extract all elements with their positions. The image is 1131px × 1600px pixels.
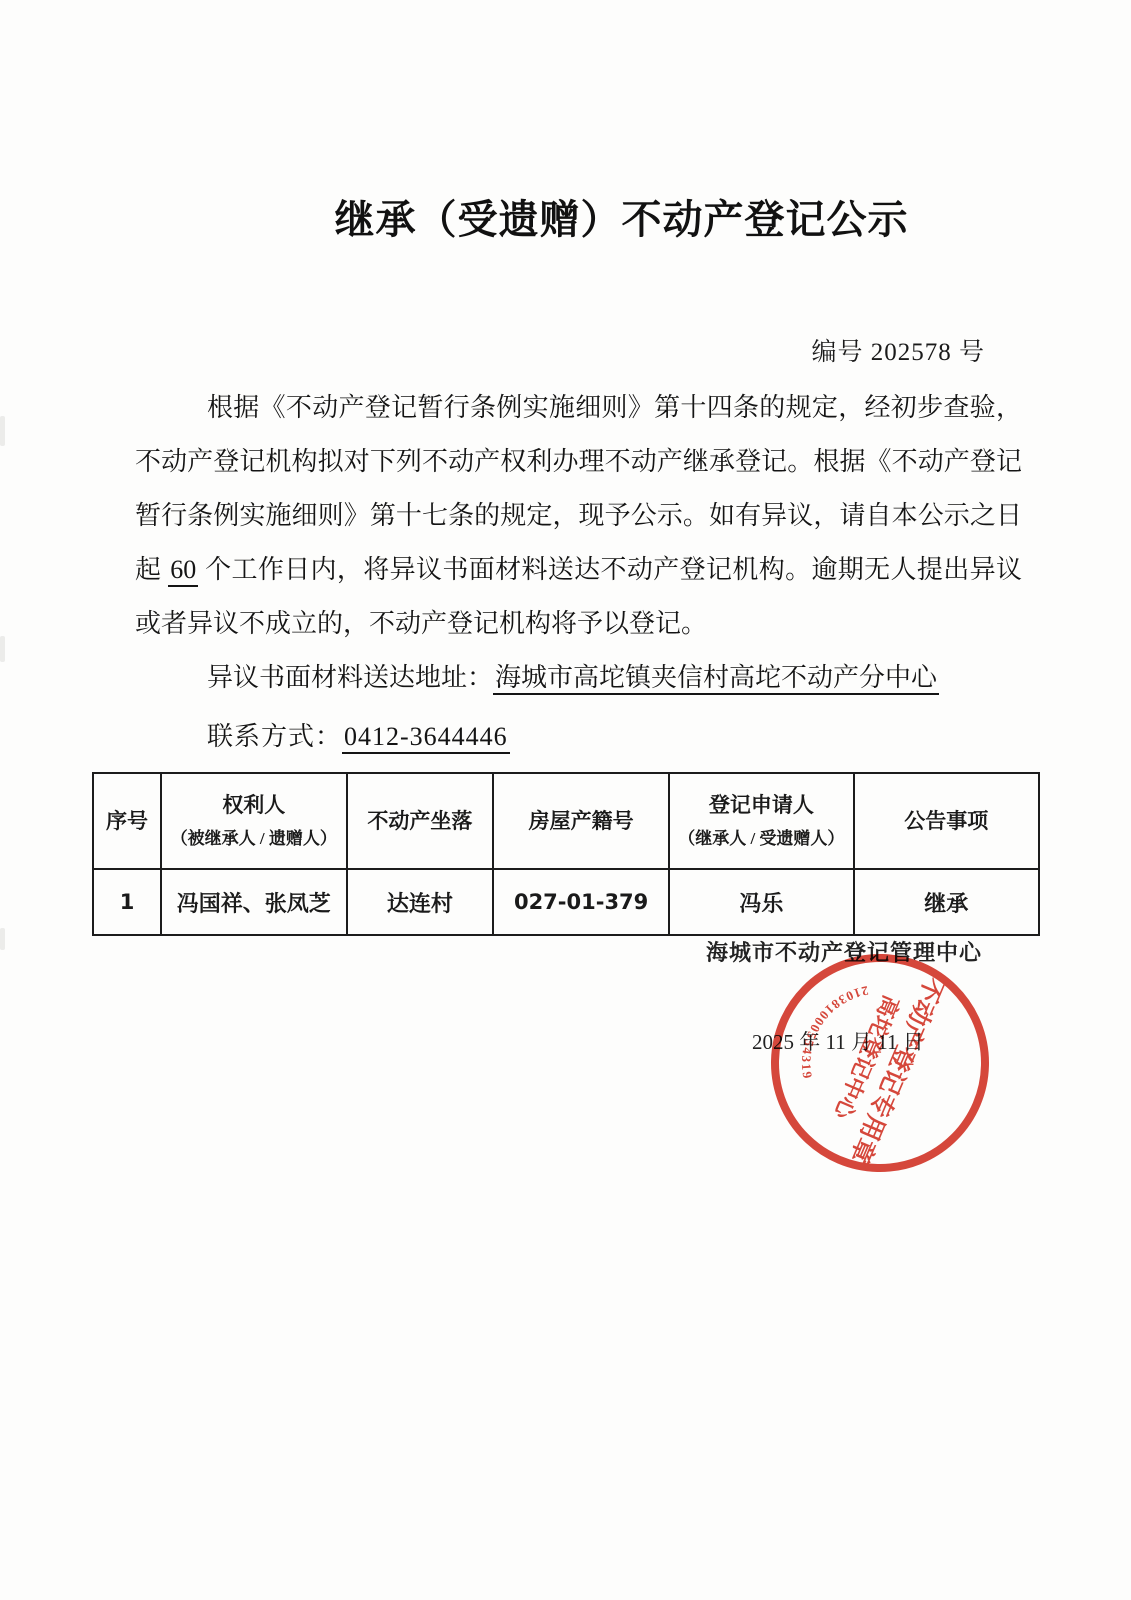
- col-header-holder: 权利人 （被继承人 / 遗赠人）: [161, 773, 346, 869]
- page-title: 继承（受遗赠）不动产登记公示: [0, 188, 1131, 245]
- address-label: 异议书面材料送达地址：: [207, 663, 493, 692]
- cell-matter: 继承: [854, 869, 1039, 935]
- notice-body: 根据《不动产登记暂行条例实施细则》第十四条的规定，经初步查验，不动产登记机构拟对…: [135, 381, 1022, 764]
- cell-applicant: 冯乐: [669, 869, 853, 935]
- contact-label: 联系方式：: [207, 722, 342, 751]
- body-paragraph: 根据《不动产登记暂行条例实施细则》第十四条的规定，经初步查验，不动产登记机构拟对…: [135, 381, 1022, 651]
- cell-holder: 冯国祥、张凤芝: [161, 869, 346, 935]
- cell-house-id: 027-01-379: [493, 869, 669, 935]
- address-value: 海城市高坨镇夹信村高坨不动产分中心: [493, 663, 939, 695]
- contact-line: 联系方式：0412-3644446: [135, 710, 1022, 764]
- stamp-ring-text: 海城市自然资源局: [748, 931, 798, 1119]
- cell-seq: 1: [93, 869, 161, 935]
- doc-number: 编号 202578 号: [811, 332, 985, 368]
- address-line: 异议书面材料送达地址：海城市高坨镇夹信村高坨不动产分中心: [135, 651, 1022, 705]
- col-header-seq: 序号: [93, 773, 161, 869]
- deadline-days-underlined: 60: [168, 555, 198, 587]
- col-header-applicant: 登记申请人 （继承人 / 受遗赠人）: [669, 773, 853, 869]
- red-seal-stamp-icon: 海城市自然资源局 210381000554319 不动产登记专用章 高坨登记中心: [748, 931, 1012, 1195]
- paragraph-text-post: 个工作日内，将异议书面材料送达不动产登记机构。逾期无人提出异议或者异议不成立的，…: [135, 555, 1022, 638]
- scan-artifact: [0, 636, 5, 662]
- col-header-location: 不动产坐落: [347, 773, 494, 869]
- scan-artifact: [0, 416, 5, 446]
- scan-artifact: [0, 928, 5, 950]
- col-header-house-id: 房屋产籍号: [493, 773, 669, 869]
- notice-table: 序号 权利人 （被继承人 / 遗赠人） 不动产坐落 房屋产籍号 登记申请人 （继…: [92, 772, 1040, 936]
- stamp-outer-ring: [748, 931, 1012, 1195]
- cell-location: 达连村: [347, 869, 494, 935]
- contact-phone-value: 0412-3644446: [342, 722, 510, 754]
- document-page: 继承（受遗赠）不动产登记公示 编号 202578 号 根据《不动产登记暂行条例实…: [0, 0, 1131, 1600]
- table-row: 1 冯国祥、张凤芝 达连村 027-01-379 冯乐 继承: [93, 869, 1039, 935]
- svg-text:海城市自然资源局: 海城市自然资源局: [748, 931, 798, 1119]
- table-header-row: 序号 权利人 （被继承人 / 遗赠人） 不动产坐落 房屋产籍号 登记申请人 （继…: [93, 773, 1039, 869]
- col-header-matter: 公告事项: [854, 773, 1039, 869]
